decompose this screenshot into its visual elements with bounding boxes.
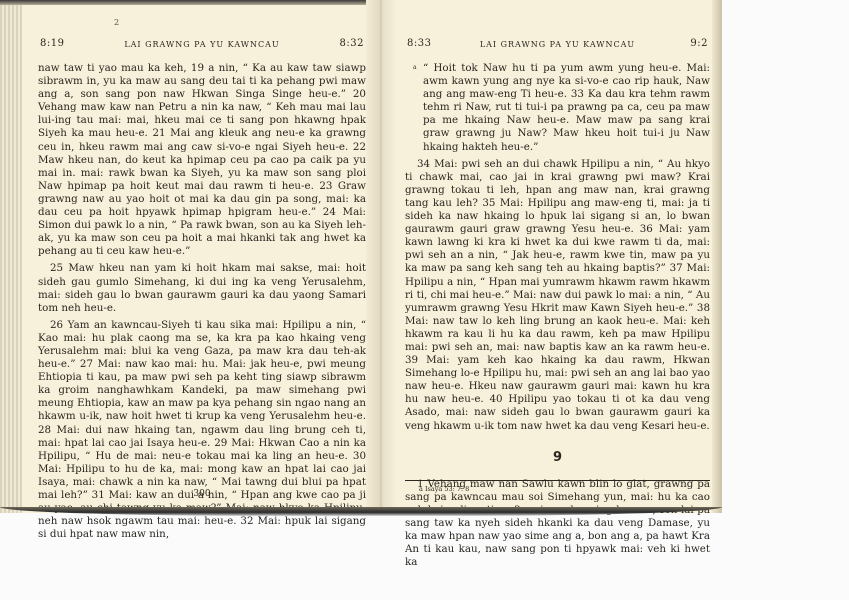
right-page: 8:33 LAI GRAWNG PA YU KAWNCAU 9:2 a “ Ho… bbox=[405, 0, 710, 513]
paragraph: naw taw ti yao mau ka keh, 19 a nin, “ K… bbox=[38, 62, 366, 258]
left-page: 2 8:19 LAI GRAWNG PA YU KAWNCAU 8:32 naw… bbox=[38, 0, 366, 513]
chapter-number: 9 bbox=[405, 451, 710, 464]
page-number: 300 bbox=[38, 489, 366, 499]
open-book-scan: 2 8:19 LAI GRAWNG PA YU KAWNCAU 8:32 naw… bbox=[0, 0, 722, 513]
signature-mark: 2 bbox=[114, 18, 119, 27]
footnote-divider bbox=[405, 480, 710, 481]
verse-ref-end: 8:32 bbox=[340, 38, 364, 49]
right-body-text: a “ Hoit tok Naw hu ti pa yum awm yung h… bbox=[405, 62, 710, 569]
page-edges-right bbox=[712, 0, 722, 513]
footnote: a Isaya 53: 7. 8 bbox=[419, 485, 469, 493]
page-edges-left bbox=[0, 0, 22, 513]
running-title: LAI GRAWNG PA YU KAWNCAU bbox=[405, 40, 710, 49]
scripture-quote: a “ Hoit tok Naw hu ti pa yum awm yung h… bbox=[405, 62, 710, 154]
running-head-right: 8:33 LAI GRAWNG PA YU KAWNCAU 9:2 bbox=[405, 38, 710, 52]
book-gutter bbox=[366, 0, 396, 513]
left-body-text: naw taw ti yao mau ka keh, 19 a nin, “ K… bbox=[38, 62, 366, 541]
running-head-left: 8:19 LAI GRAWNG PA YU KAWNCAU 8:32 bbox=[38, 38, 366, 52]
running-title: LAI GRAWNG PA YU KAWNCAU bbox=[38, 40, 366, 49]
footnote-marker: a bbox=[413, 61, 417, 74]
paragraph: 34 Mai: pwi seh an dui chawk Hpilipu a n… bbox=[405, 158, 710, 433]
quote-text: “ Hoit tok Naw hu ti pa yum awm yung heu… bbox=[423, 62, 710, 154]
verse-ref-end: 9:2 bbox=[690, 38, 708, 49]
paragraph: 25 Maw hkeu nan yam ki hoit hkam mai sak… bbox=[38, 262, 366, 314]
